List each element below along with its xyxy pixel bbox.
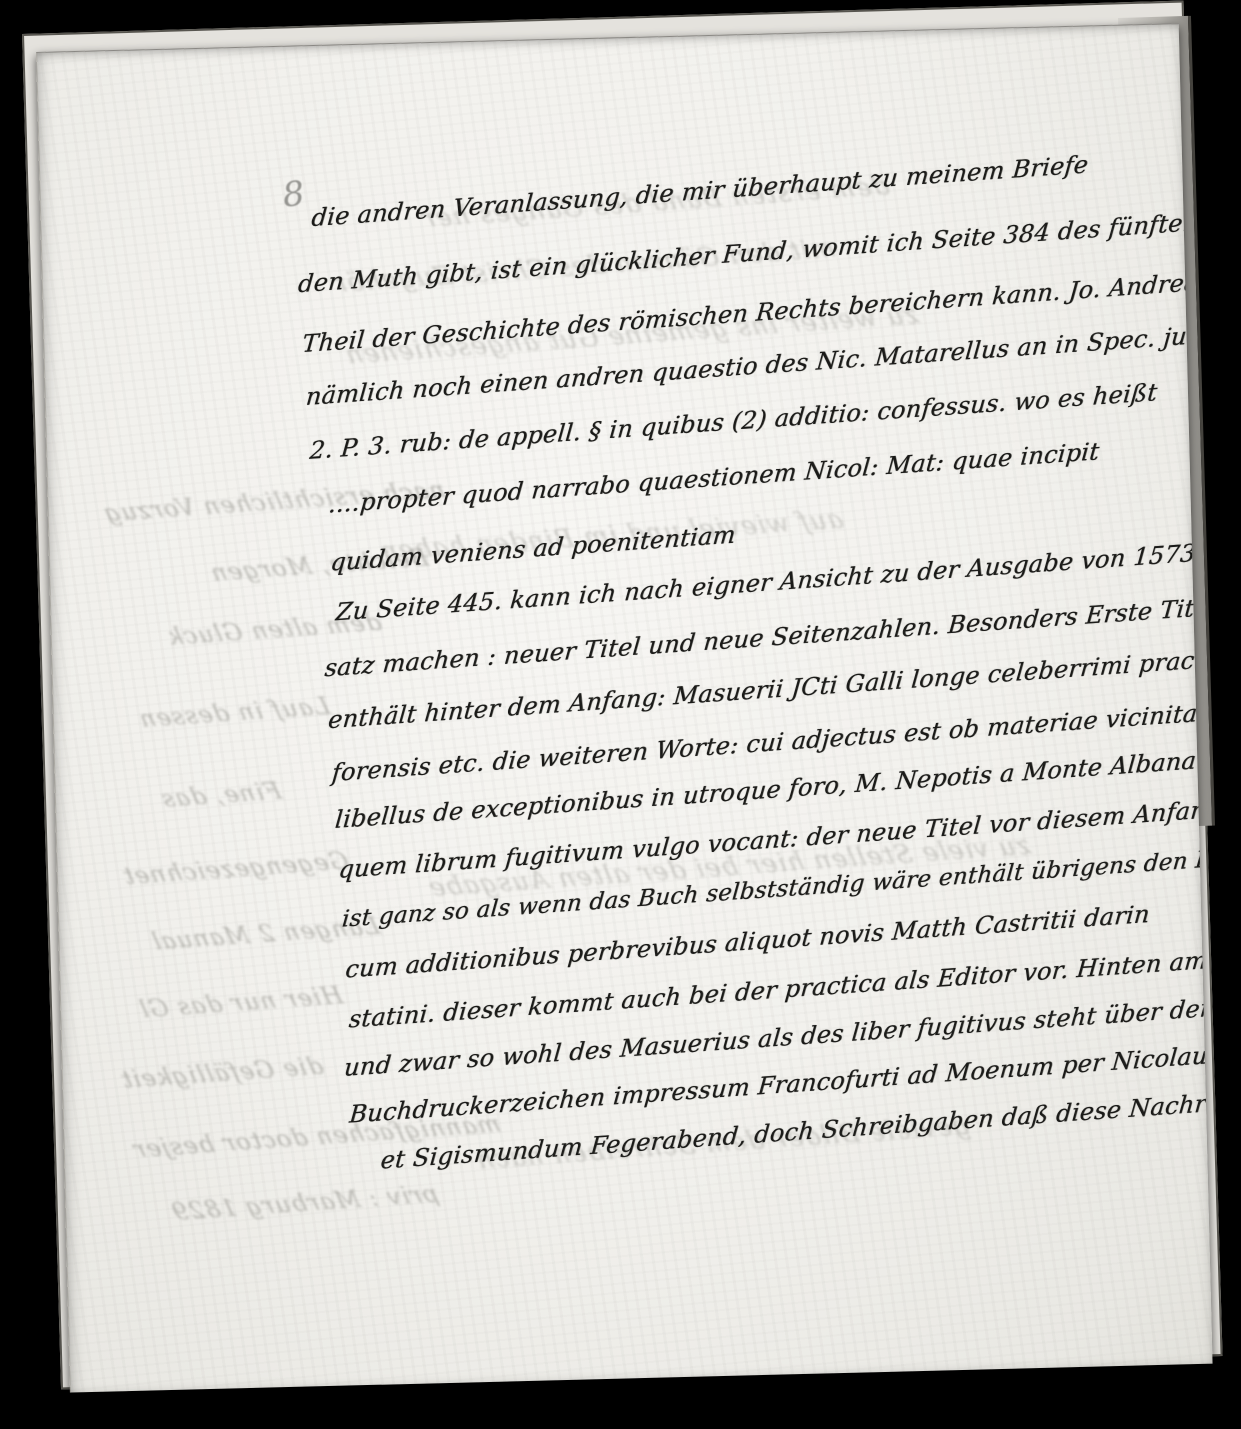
manuscript-page: dem ersten Band des Ganges her mit den G… [36, 23, 1213, 1392]
bleedthrough-fragment: Fine, das [158, 777, 285, 813]
handwriting-block: die andren Veranlassung, die mir überhau… [288, 133, 1213, 1190]
bleedthrough-fragment: priv : Marburg 1829 [168, 1179, 441, 1225]
bleedthrough-fragment: Lauf in dessen [136, 692, 333, 733]
scan-background: { "document": { "lines": [ "die andren V… [0, 0, 1241, 1429]
bleedthrough-fragment: Hier nur das Gl [136, 981, 346, 1023]
bleedthrough-fragment: Gegengezeichnet [120, 846, 352, 890]
bleedthrough-fragment: die Gefälligkeit [118, 1052, 326, 1094]
